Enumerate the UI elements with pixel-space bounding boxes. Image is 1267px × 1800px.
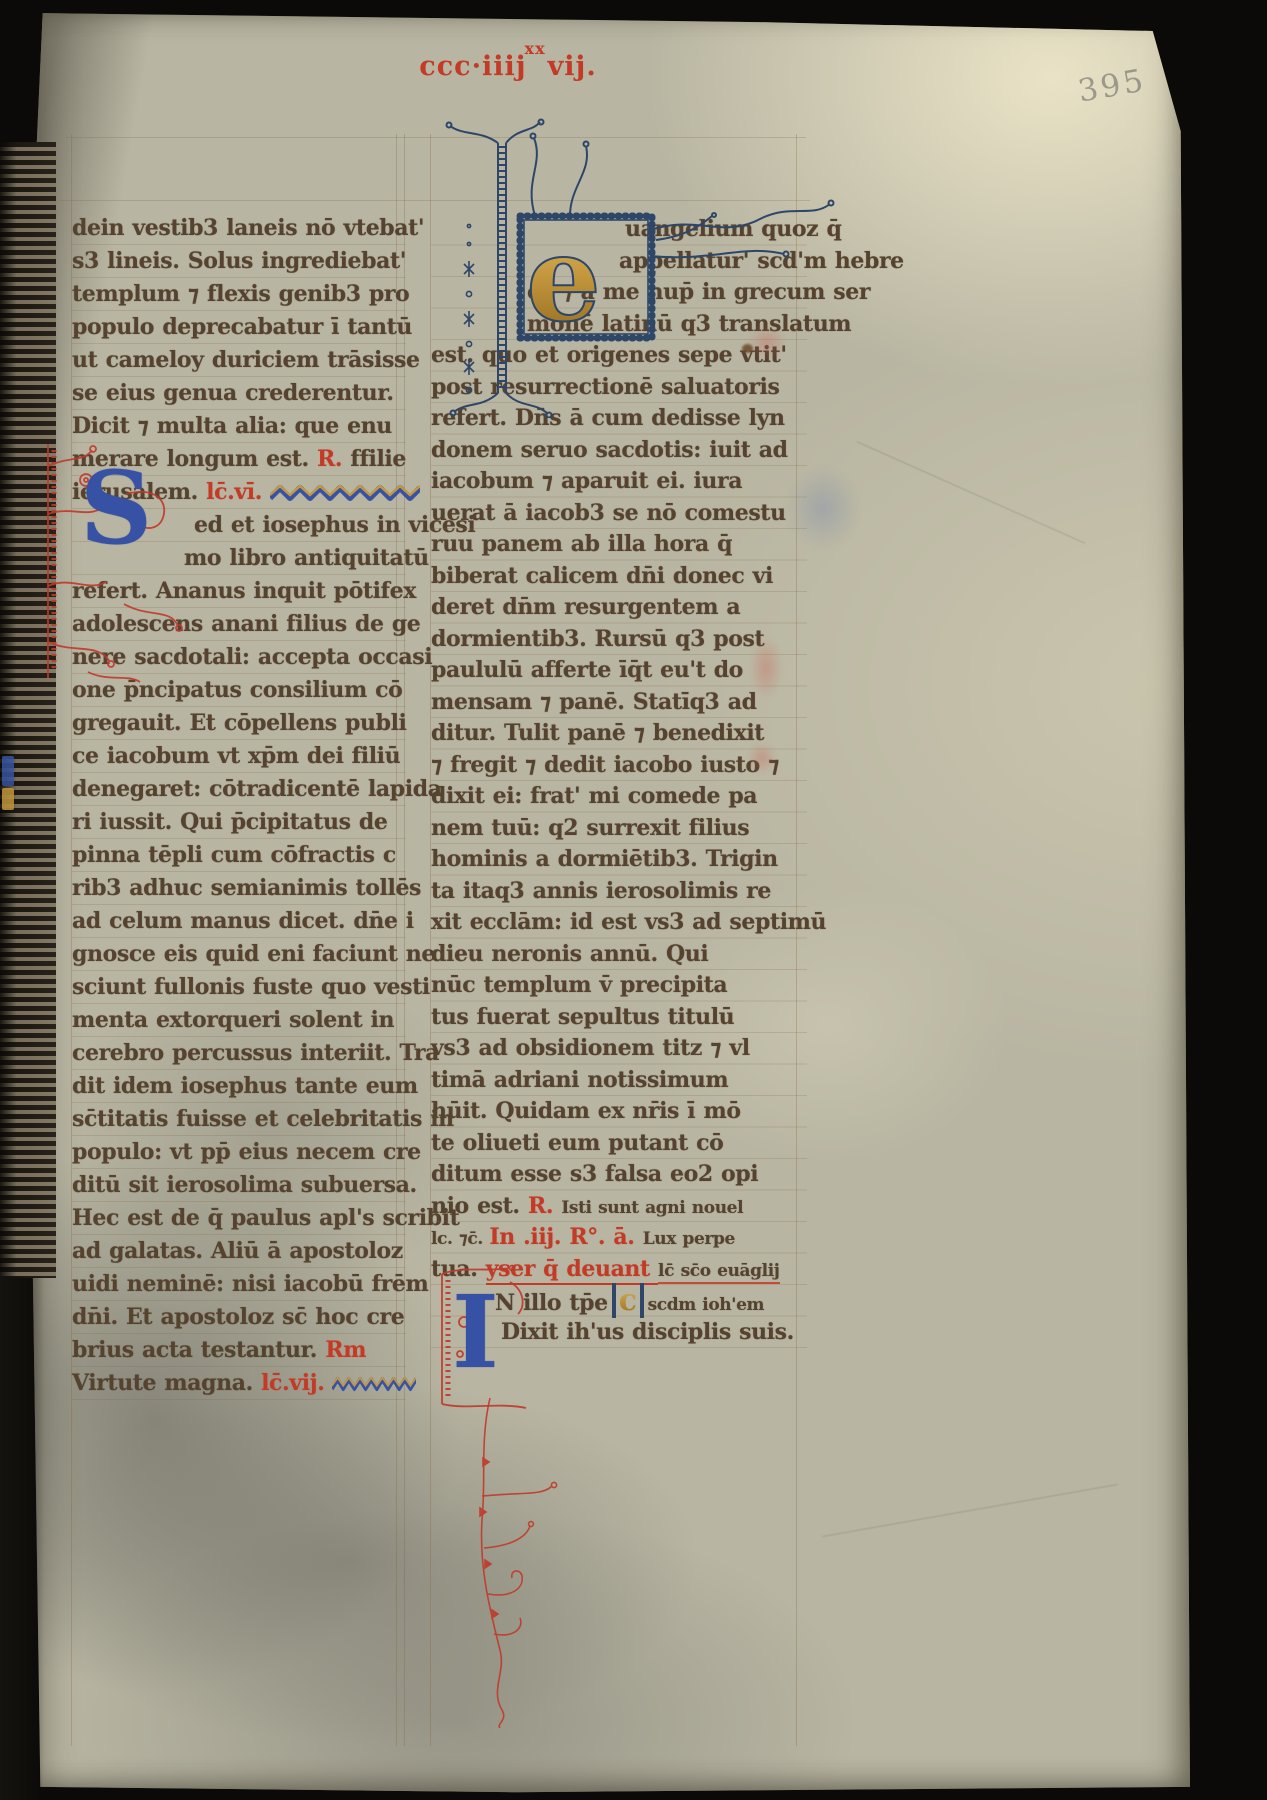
rubric-text: lc̄.vī. — [206, 479, 262, 505]
body-text: ad galatas. Aliū ā apostoloz — [72, 1238, 403, 1264]
line-filler-ornament — [332, 1376, 416, 1392]
manuscript-line: s3 lineis. Solus ingrediebat' — [72, 245, 406, 278]
manuscript-line: populo: vt pp̄ eius necem cre — [72, 1136, 406, 1169]
body-text: cerebro percussus interiit. Tra — [72, 1040, 439, 1066]
body-text: ditū sit ierosolima subuersa. — [72, 1172, 417, 1198]
line-filler-ornament — [270, 484, 420, 502]
manuscript-line: te oliueti eum putant cō — [431, 1128, 807, 1160]
body-text: hominis a dormiētib3. Trigin — [431, 846, 778, 872]
red-penwork-cascade — [430, 1398, 580, 1728]
manuscript-line: lc. ⁊c̄. In .iij. R°. ā. Lux perpe — [431, 1222, 807, 1254]
body-text: te oliueti eum putant cō — [431, 1130, 723, 1156]
body-text: dixit ei: frat' mi comede pa — [431, 783, 757, 809]
body-text: menta extorqueri solent in — [72, 1007, 394, 1033]
body-text: populo: vt pp̄ eius necem cre — [72, 1139, 421, 1165]
body-text: Isti sunt agni nouel — [561, 1198, 743, 1218]
book-fore-edge-leaves — [0, 142, 56, 1278]
body-text: sciunt fullonis fuste quo vesti — [72, 974, 430, 1000]
body-text: xit ecclām: id est vs3 ad septimū — [431, 909, 826, 935]
manuscript-line: uidi neminē: nisi iacobū frēm — [72, 1268, 406, 1301]
body-text: ut cameloy duriciem trāsisse — [72, 347, 420, 373]
body-text: iacobum ⁊ aparuit ei. iura — [431, 468, 742, 494]
body-text: Virtute magna. — [72, 1370, 261, 1396]
body-text: dn̄i. Et apostoloz sc̄ hoc cre — [72, 1304, 404, 1330]
manuscript-line: denegaret: cōtradicentē lapida — [72, 773, 406, 806]
fore-edge-blue-ornament — [2, 756, 14, 786]
manuscript-line: ad galatas. Aliū ā apostoloz — [72, 1235, 406, 1268]
manuscript-line: dn̄i. Et apostoloz sc̄ hoc cre — [72, 1301, 406, 1334]
manuscript-line: ut cameloy duriciem trāsisse — [72, 344, 406, 377]
manuscript-line: biberat calicem dn̄i donec vi — [431, 561, 807, 593]
manuscript-line: dieu neronis annū. Qui — [431, 939, 807, 971]
manuscript-line: templum ⁊ flexis genib3 pro — [72, 278, 406, 311]
body-text: ad celum manus dicet. dn̄e i — [72, 908, 414, 934]
manuscript-line: ad celum manus dicet. dn̄e i — [72, 905, 406, 938]
body-text: ce iacobum vt xp̄m dei filiū — [72, 743, 400, 769]
manuscript-line: menta extorqueri solent in — [72, 1004, 406, 1037]
manuscript-line: se eius genua crederentur. — [72, 377, 406, 410]
rubric-text: lc̄.vij. — [261, 1370, 324, 1396]
blue-initial-i: I — [452, 1282, 499, 1382]
manuscript-line: ditum esse s3 falsa eo2 opi — [431, 1159, 807, 1191]
body-text: gregauit. Et cōpellens publi — [72, 710, 407, 736]
body-text: gnosce eis quid eni faciunt ne — [72, 941, 435, 967]
folio-heading-roman-numeral: ccc·iiijxxvij. — [378, 50, 638, 82]
body-text: populo deprecabatur ī tantū — [72, 314, 412, 340]
body-text: rib3 adhuc semianimis tollēs — [72, 875, 421, 901]
body-text: brius acta testantur. — [72, 1337, 325, 1363]
body-text: paululū afferte īq̄t eu't do — [431, 657, 743, 683]
manuscript-line: hominis a dormiētib3. Trigin — [431, 844, 807, 876]
body-text: ⁊ fregit ⁊ dedit iacobo iusto ⁊ — [431, 752, 779, 778]
body-text: pinna tēpli cum cōfractis c — [72, 842, 396, 868]
manuscript-line: populo deprecabatur ī tantū — [72, 311, 406, 344]
manuscript-line: rib3 adhuc semianimis tollēs — [72, 872, 406, 905]
text-column-left: dein vestib3 laneis nō vtebat's3 lineis.… — [72, 212, 406, 1400]
body-text: nio est. — [431, 1193, 528, 1219]
verso-bleed-mark — [750, 636, 782, 700]
body-text: nem tuū: q2 surrexit filius — [431, 815, 749, 841]
manuscript-line: hūit. Quidam ex nr̄is ī mō — [431, 1096, 807, 1128]
body-text: sc̄titatis fuisse et celebritatis in — [72, 1106, 454, 1132]
body-text: mensam ⁊ panē. Statīq3 ad — [431, 689, 757, 715]
body-text: dormientib3. Rursū q3 post — [431, 626, 764, 652]
verso-bleed-mark — [748, 326, 786, 358]
body-text: s3 lineis. Solus ingrediebat' — [72, 248, 406, 274]
ink-blot — [742, 344, 753, 353]
manuscript-line: gregauit. Et cōpellens publi — [72, 707, 406, 740]
body-text: uerat ā iacob3 se nō comestu — [431, 500, 786, 526]
body-text: Lux perpe — [643, 1229, 735, 1249]
manuscript-line: sc̄titatis fuisse et celebritatis in — [72, 1103, 406, 1136]
heading-suffix: vij. — [548, 51, 597, 82]
manuscript-line: gnosce eis quid eni faciunt ne — [72, 938, 406, 971]
body-text: ruu panem ab illa hora q̄ — [431, 531, 732, 557]
manuscript-line: donem seruo sacdotis: iuit ad — [431, 435, 807, 467]
manuscript-line: tus fuerat sepultus titulū — [431, 1002, 807, 1034]
body-text: se eius genua crederentur. — [72, 380, 394, 406]
verso-bleed-mark — [748, 742, 776, 774]
manuscript-line: cerebro percussus interiit. Tra — [72, 1037, 406, 1070]
fore-edge-gold-ornament — [2, 788, 14, 810]
verso-bleed-penwork — [786, 466, 860, 550]
manuscript-line: xit ecclām: id est vs3 ad septimū — [431, 907, 807, 939]
manuscript-line: ditū sit ierosolima subuersa. — [72, 1169, 406, 1202]
rubric-text: Rm — [325, 1337, 366, 1363]
gold-initial-e-penwork: e — [420, 118, 850, 418]
manuscript-line: ce iacobum vt xp̄m dei filiū — [72, 740, 406, 773]
body-text: timā adriani notissimum — [431, 1067, 728, 1093]
manuscript-line: mensam ⁊ panē. Statīq3 ad — [431, 687, 807, 719]
body-text: ri iussit. Qui p̄cipitatus de — [72, 809, 387, 835]
manuscript-line: Virtute magna. lc̄.vij. — [72, 1367, 406, 1400]
body-text: hūit. Quidam ex nr̄is ī mō — [431, 1098, 741, 1124]
body-text: ta itaq3 annis ierosolimis re — [431, 878, 771, 904]
heading-superscript: xx — [525, 39, 546, 58]
body-text: lc. ⁊c̄. — [431, 1229, 489, 1249]
blue-initial-s: S — [80, 458, 152, 558]
body-text: scdm ioh'em — [648, 1295, 764, 1315]
manuscript-line: vs3 ad obsidionem titz ⁊ vl — [431, 1033, 807, 1065]
body-text: denegaret: cōtradicentē lapida — [72, 776, 442, 802]
manuscript-line: sciunt fullonis fuste quo vesti — [72, 971, 406, 1004]
manuscript-line: nem tuū: q2 surrexit filius — [431, 813, 807, 845]
manuscript-line: nio est. R. Isti sunt agni nouel — [431, 1191, 807, 1223]
manuscript-line: nūc templum v̄ precipita — [431, 970, 807, 1002]
body-text: dein vestib3 laneis nō vtebat' — [72, 215, 424, 241]
body-text: Hec est de q̄ paulus apl's scribit — [72, 1205, 459, 1231]
body-text: Dixit ih'us disciplis suis. — [501, 1319, 794, 1345]
body-text: ditur. Tulit panē ⁊ benedixit — [431, 720, 764, 746]
body-text: tus fuerat sepultus titulū — [431, 1004, 734, 1030]
body-text: ffilie — [350, 446, 406, 472]
body-text: dit idem iosephus tante eum — [72, 1073, 418, 1099]
manuscript-line: deret dn̄m resurgentem a — [431, 592, 807, 624]
manuscript-line: ri iussit. Qui p̄cipitatus de — [72, 806, 406, 839]
rubric-text: lc̄ sc̄o euāglij — [658, 1261, 779, 1284]
book-fore-edge-shadow — [0, 1276, 44, 1800]
body-text: deret dn̄m resurgentem a — [431, 594, 740, 620]
manuscript-line: ruu panem ab illa hora q̄ — [431, 529, 807, 561]
manuscript-line: dit idem iosephus tante eum — [72, 1070, 406, 1103]
gold-initial-letter: e — [526, 209, 601, 348]
manuscript-line: uerat ā iacob3 se nō comestu — [431, 498, 807, 530]
manuscript-line: dein vestib3 laneis nō vtebat' — [72, 212, 406, 245]
manuscript-line: timā adriani notissimum — [431, 1065, 807, 1097]
manuscript-line: brius acta testantur. Rm — [72, 1334, 406, 1367]
heading-prefix: ccc·iiij — [419, 51, 526, 82]
manuscript-line: iacobum ⁊ aparuit ei. iura — [431, 466, 807, 498]
manuscript-line: Hec est de q̄ paulus apl's scribit — [72, 1202, 406, 1235]
body-text: nūc templum v̄ precipita — [431, 972, 727, 998]
body-text: mo libro antiquitatū — [184, 545, 429, 571]
manuscript-line: ta itaq3 annis ierosolimis re — [431, 876, 807, 908]
body-text: uidi neminē: nisi iacobū frēm — [72, 1271, 428, 1297]
gold-inline-initial: c — [612, 1283, 644, 1318]
rubric-text: In .iij. R°. ā. — [489, 1224, 642, 1250]
manuscript-photo: { "heading": { "prefix": "ccc·iiij", "su… — [0, 0, 1267, 1800]
body-text: templum ⁊ flexis genib3 pro — [72, 281, 409, 307]
manuscript-line: dixit ei: frat' mi comede pa — [431, 781, 807, 813]
rubric-text: R. — [528, 1193, 561, 1219]
body-text: dieu neronis annū. Qui — [431, 941, 708, 967]
body-text: ditum esse s3 falsa eo2 opi — [431, 1161, 758, 1187]
manuscript-line: pinna tēpli cum cōfractis c — [72, 839, 406, 872]
body-text: biberat calicem dn̄i donec vi — [431, 563, 773, 589]
manuscript-line: ditur. Tulit panē ⁊ benedixit — [431, 718, 807, 750]
manuscript-line: dormientib3. Rursū q3 post — [431, 624, 807, 656]
body-text: vs3 ad obsidionem titz ⁊ vl — [431, 1035, 750, 1061]
rubric-text: R. — [317, 446, 350, 472]
body-text: donem seruo sacdotis: iuit ad — [431, 437, 788, 463]
